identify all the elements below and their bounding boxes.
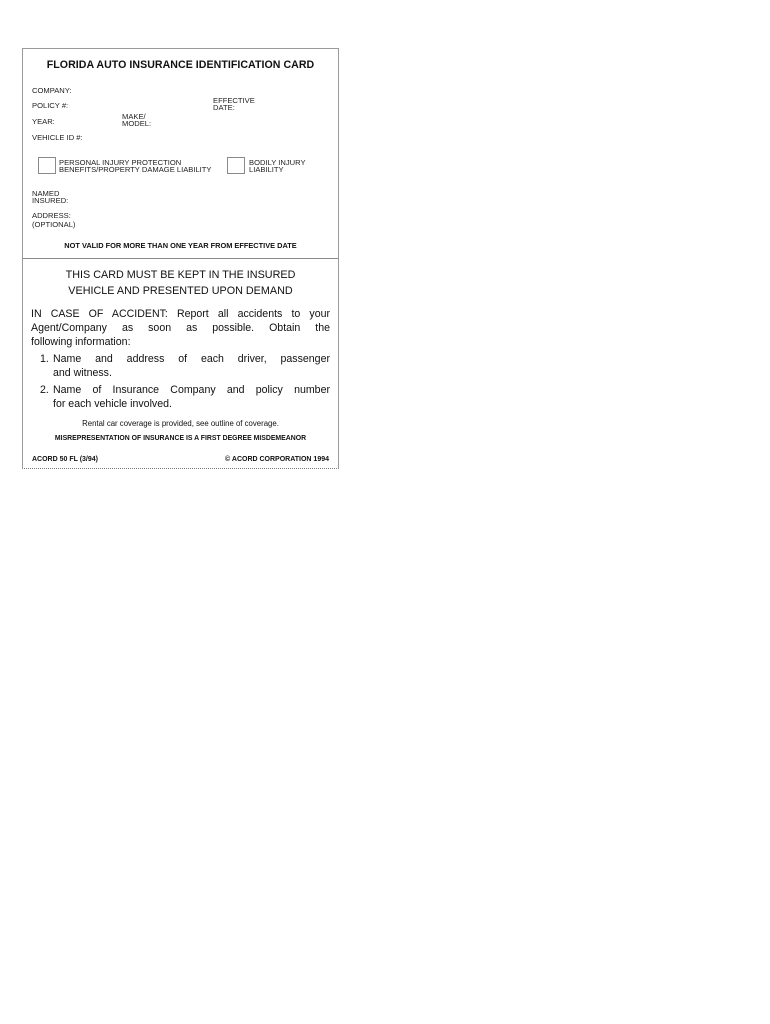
accident-instructions-line: IN CASE OF ACCIDENT: Report all accident… (31, 307, 330, 321)
pip-pd-liability-label: PERSONAL INJURY PROTECTION BENEFITS/PROP… (59, 159, 211, 174)
company-label: COMPANY: (32, 87, 72, 94)
make-model-label: MAKE/ MODEL: (122, 113, 151, 128)
list-item: 2. Name of Insurance Company and policy … (31, 383, 330, 411)
bodily-injury-liability-checkbox[interactable] (227, 157, 245, 174)
insurance-id-card: FLORIDA AUTO INSURANCE IDENTIFICATION CA… (22, 48, 339, 469)
misrepresentation-warning: MISREPRESENTATION OF INSURANCE IS A FIRS… (23, 435, 338, 442)
form-id: ACORD 50 FL (3/94) (32, 456, 98, 463)
accident-instructions-line: following information: (31, 335, 330, 349)
copyright: © ACORD CORPORATION 1994 (225, 456, 329, 463)
year-label: YEAR: (32, 118, 55, 125)
rental-coverage-note: Rental car coverage is provided, see out… (23, 419, 338, 428)
keep-card-notice: THIS CARD MUST BE KEPT IN THE INSURED VE… (23, 267, 338, 299)
accident-instructions: IN CASE OF ACCIDENT: Report all accident… (31, 307, 330, 349)
effective-date-label: EFFECTIVE DATE: (213, 97, 255, 112)
pip-pd-liability-checkbox[interactable] (38, 157, 56, 174)
named-insured-label-line2: INSURED: (32, 197, 68, 204)
pip-pd-liability-label-line2: BENEFITS/PROPERTY DAMAGE LIABILITY (59, 166, 211, 173)
bodily-injury-liability-label: BODILY INJURY LIABILITY (249, 159, 306, 174)
effective-date-label-line2: DATE: (213, 104, 255, 111)
vehicle-id-label: VEHICLE ID #: (32, 134, 83, 141)
list-item-text: Name of Insurance Company and policy num… (53, 383, 330, 397)
make-model-label-line2: MODEL: (122, 120, 151, 127)
policy-label: POLICY #: (32, 102, 68, 109)
information-list: 1. Name and address of each driver, pass… (31, 352, 330, 414)
list-item-number: 1. (40, 352, 49, 366)
validity-notice: NOT VALID FOR MORE THAN ONE YEAR FROM EF… (23, 241, 338, 250)
address-label-line1: ADDRESS: (32, 211, 75, 220)
bodily-injury-liability-label-line2: LIABILITY (249, 166, 306, 173)
address-label-line2: (OPTIONAL) (32, 220, 75, 229)
list-item-text: and witness. (53, 366, 330, 380)
section-divider (23, 258, 338, 259)
card-title: FLORIDA AUTO INSURANCE IDENTIFICATION CA… (23, 59, 338, 71)
list-item-number: 2. (40, 383, 49, 397)
address-label: ADDRESS: (OPTIONAL) (32, 211, 75, 229)
accident-instructions-line: Agent/Company as soon as possible. Obtai… (31, 321, 330, 335)
list-item: 1. Name and address of each driver, pass… (31, 352, 330, 380)
named-insured-label: NAMED INSURED: (32, 190, 68, 205)
keep-card-notice-line2: VEHICLE AND PRESENTED UPON DEMAND (23, 283, 338, 299)
list-item-text: Name and address of each driver, passeng… (53, 352, 330, 366)
list-item-text: for each vehicle involved. (53, 397, 330, 411)
keep-card-notice-line1: THIS CARD MUST BE KEPT IN THE INSURED (23, 267, 338, 283)
